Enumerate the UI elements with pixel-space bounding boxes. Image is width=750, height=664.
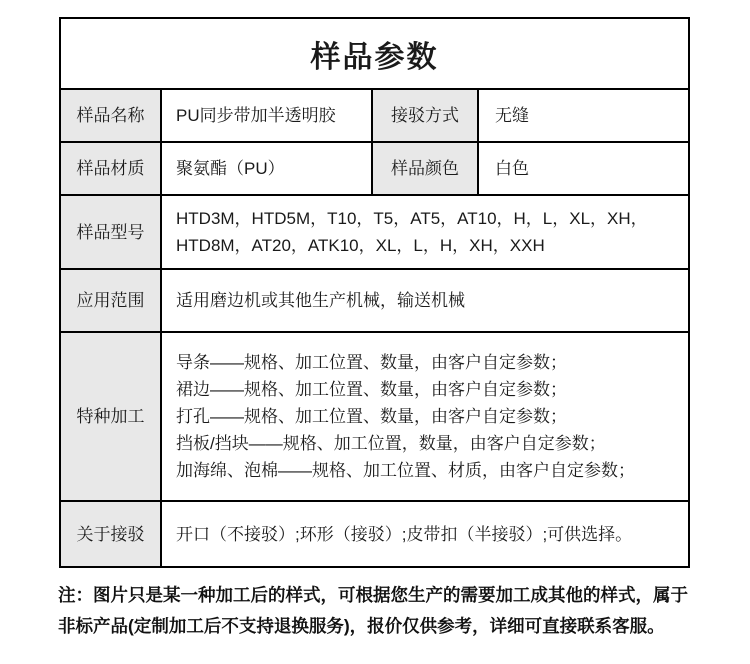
value-sample-material: 聚氨酯（PU） — [162, 143, 373, 194]
table-row-sample-name: 样品名称 PU同步带加半透明胶 接驳方式 无缝 — [61, 88, 688, 141]
table-row-about-connection: 关于接驳 开口（不接驳）;环形（接驳）;皮带扣（半接驳）;可供选择。 — [61, 500, 688, 566]
table-row-special-processing: 特种加工 导条——规格、加工位置、数量，由客户自定参数； 裙边——规格、加工位置… — [61, 331, 688, 500]
special-processing-line: 挡板/挡块——规格、加工位置，数量，由客户自定参数； — [176, 430, 606, 457]
value-sample-name: PU同步带加半透明胶 — [162, 90, 373, 141]
label-sample-name: 样品名称 — [61, 90, 162, 141]
special-processing-line: 打孔——规格、加工位置、数量，由客户自定参数； — [176, 403, 567, 430]
table-row-sample-material: 样品材质 聚氨酯（PU） 样品颜色 白色 — [61, 141, 688, 194]
value-about-connection: 开口（不接驳）;环形（接驳）;皮带扣（半接驳）;可供选择。 — [162, 502, 688, 566]
label-sample-color: 样品颜色 — [373, 143, 479, 194]
label-about-connection: 关于接驳 — [61, 502, 162, 566]
label-sample-model: 样品型号 — [61, 196, 162, 268]
footnote: 注：图片只是某一种加工后的样式，可根据您生产的需要加工成其他的样式，属于非标产品… — [58, 580, 694, 642]
special-processing-line: 裙边——规格、加工位置、数量，由客户自定参数； — [176, 376, 567, 403]
label-sample-material: 样品材质 — [61, 143, 162, 194]
table-row-sample-model: 样品型号 HTD3M，HTD5M，T10，T5，AT5，AT10，H，L，XL，… — [61, 194, 688, 268]
special-processing-line: 导条——规格、加工位置、数量，由客户自定参数； — [176, 349, 567, 376]
label-connection-method: 接驳方式 — [373, 90, 479, 141]
spec-table: 样品参数 样品名称 PU同步带加半透明胶 接驳方式 无缝 样品材质 聚氨酯（PU… — [59, 17, 690, 568]
value-application-range: 适用磨边机或其他生产机械，输送机械 — [162, 270, 688, 331]
value-connection-method: 无缝 — [479, 90, 688, 141]
value-sample-color: 白色 — [479, 143, 688, 194]
label-application-range: 应用范围 — [61, 270, 162, 331]
value-sample-model: HTD3M，HTD5M，T10，T5，AT5，AT10，H，L，XL，XH， H… — [162, 196, 688, 268]
table-title: 样品参数 — [61, 19, 688, 88]
table-row-application-range: 应用范围 适用磨边机或其他生产机械，输送机械 — [61, 268, 688, 331]
special-processing-line: 加海绵、泡棉——规格、加工位置、材质，由客户自定参数； — [176, 457, 635, 484]
model-line: HTD8M，AT20，ATK10，XL，L，H，XH，XXH — [176, 232, 545, 259]
page: 样品参数 样品名称 PU同步带加半透明胶 接驳方式 无缝 样品材质 聚氨酯（PU… — [0, 0, 750, 664]
model-line: HTD3M，HTD5M，T10，T5，AT5，AT10，H，L，XL，XH， — [176, 205, 648, 232]
value-special-processing: 导条——规格、加工位置、数量，由客户自定参数； 裙边——规格、加工位置、数量，由… — [162, 333, 688, 500]
label-special-processing: 特种加工 — [61, 333, 162, 500]
